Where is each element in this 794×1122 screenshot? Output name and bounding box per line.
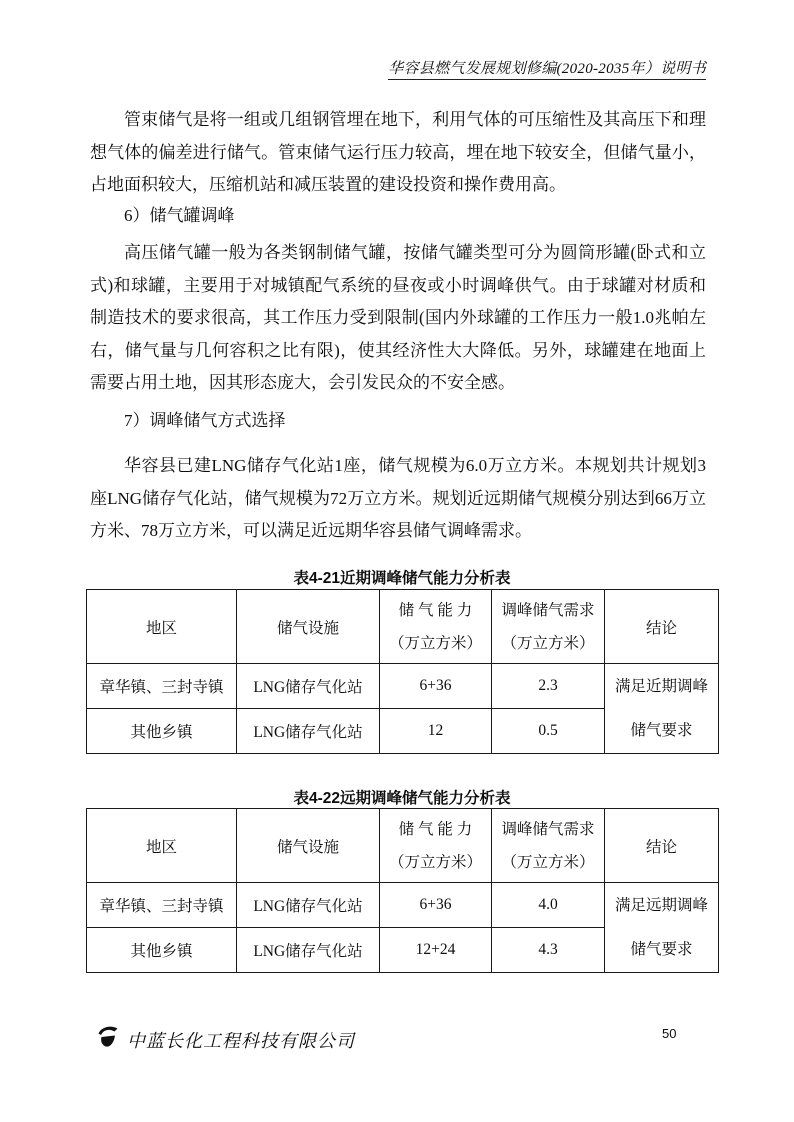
table1-header-demand-line1: 调峰储气需求 (492, 594, 604, 627)
page-header: 华容县燃气发展规划修编(2020-2035年）说明书 (88, 57, 706, 78)
table1-header-demand-line2: （万立方米） (492, 627, 604, 660)
table2-header-demand-line1: 调峰储气需求 (492, 813, 604, 846)
table2-r2-facility: LNG储存气化站 (237, 928, 380, 973)
table1-header-conclusion: 结论 (605, 590, 719, 664)
table2-header-capacity: 储 气 能 力 （万立方米） (380, 809, 492, 883)
long-term-storage-table: 地区 储气设施 储 气 能 力 （万立方米） 调峰储气需求 （万立方米） 结论 … (86, 808, 719, 973)
table1-header-capacity: 储 气 能 力 （万立方米） (380, 590, 492, 664)
table2-caption: 表4-22远期调峰储气能力分析表 (86, 786, 718, 808)
table2-r1-demand: 4.0 (492, 883, 605, 928)
heading-storage-selection: 7）调峰储气方式选择 (90, 409, 706, 433)
table1-conclusion-cell: 满足近期调峰 储气要求 (605, 664, 719, 754)
table1-r1-demand: 2.3 (492, 664, 605, 709)
table2-r2-demand: 4.3 (492, 928, 605, 973)
company-logo-icon (96, 1024, 120, 1050)
table1-r1-facility: LNG储存气化站 (237, 664, 380, 709)
table1-conclusion-line1: 满足近期调峰 (605, 665, 718, 709)
table-row: 章华镇、三封寺镇 LNG储存气化站 6+36 2.3 满足近期调峰 储气要求 (87, 664, 719, 709)
table2-header-facility: 储气设施 (237, 809, 380, 883)
table2-r2-capacity: 12+24 (380, 928, 492, 973)
table1-caption: 表4-21近期调峰储气能力分析表 (86, 566, 718, 588)
header-title: 华容县燃气发展规划修编(2020-2035年）说明书 (388, 61, 706, 80)
table1-r2-facility: LNG储存气化站 (237, 709, 380, 754)
table1-r2-capacity: 12 (380, 709, 492, 754)
table-row: 地区 储气设施 储 气 能 力 （万立方米） 调峰储气需求 （万立方米） 结论 (87, 590, 719, 664)
table2-header-demand: 调峰储气需求 （万立方米） (492, 809, 605, 883)
table2-header-conclusion: 结论 (605, 809, 719, 883)
table2-conclusion-cell: 满足远期调峰 储气要求 (605, 883, 719, 973)
paragraph-storage-selection: 华容县已建LNG储存气化站1座，储气规模为6.0万立方米。本规划共计规划3座LN… (90, 450, 706, 548)
table1-r1-region: 章华镇、三封寺镇 (87, 664, 237, 709)
table2-r1-region: 章华镇、三封寺镇 (87, 883, 237, 928)
table2-r1-facility: LNG储存气化站 (237, 883, 380, 928)
table2-conclusion-line2: 储气要求 (605, 928, 718, 972)
near-term-storage-table: 地区 储气设施 储 气 能 力 （万立方米） 调峰储气需求 （万立方米） 结论 … (86, 589, 719, 754)
table1-header-demand: 调峰储气需求 （万立方米） (492, 590, 605, 664)
footer-company-name: 中蓝长化工程科技有限公司 (127, 1027, 355, 1053)
table1-header-capacity-line2: （万立方米） (380, 627, 491, 660)
paragraph-pipe-storage: 管束储气是将一组或几组钢管埋在地下，利用气体的可压缩性及其高压下和理想气体的偏差… (90, 104, 706, 202)
table1-r1-capacity: 6+36 (380, 664, 492, 709)
heading-tank-peaking: 6）储气罐调峰 (90, 204, 706, 228)
table2-conclusion-line1: 满足远期调峰 (605, 884, 718, 928)
table2-header-demand-line2: （万立方米） (492, 846, 604, 879)
table2-r2-region: 其他乡镇 (87, 928, 237, 973)
page-number: 50 (662, 1026, 676, 1041)
table-row: 章华镇、三封寺镇 LNG储存气化站 6+36 4.0 满足远期调峰 储气要求 (87, 883, 719, 928)
table2-header-capacity-line2: （万立方米） (380, 846, 491, 879)
table1-r2-region: 其他乡镇 (87, 709, 237, 754)
paragraph-tank: 高压储气罐一般为各类钢制储气罐，按储气罐类型可分为圆筒形罐(卧式和立式)和球罐，… (90, 237, 706, 400)
table2-header-capacity-line1: 储 气 能 力 (380, 813, 491, 846)
table2-header-region: 地区 (87, 809, 237, 883)
table1-header-region: 地区 (87, 590, 237, 664)
table1-r2-demand: 0.5 (492, 709, 605, 754)
table1-header-facility: 储气设施 (237, 590, 380, 664)
table1-header-capacity-line1: 储 气 能 力 (380, 594, 491, 627)
table1-conclusion-line2: 储气要求 (605, 709, 718, 753)
document-page: 华容县燃气发展规划修编(2020-2035年）说明书 管束储气是将一组或几组钢管… (0, 0, 794, 1122)
table2-r1-capacity: 6+36 (380, 883, 492, 928)
table-row: 地区 储气设施 储 气 能 力 （万立方米） 调峰储气需求 （万立方米） 结论 (87, 809, 719, 883)
